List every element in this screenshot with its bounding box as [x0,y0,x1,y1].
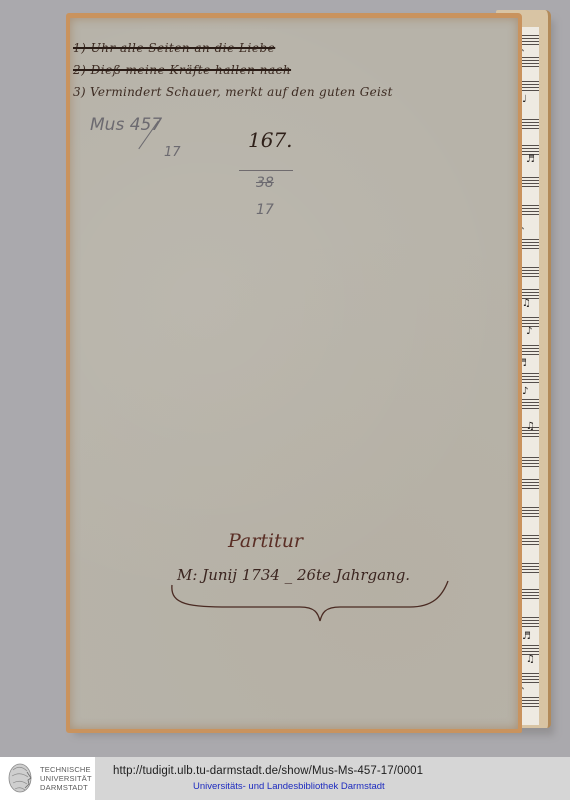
music-note-icon: ♪ [526,327,532,337]
footer-bar: TECHNISCHE UNIVERSITÄT DARMSTADT http://… [0,757,570,800]
catalog-number-struck: 38 [256,175,274,191]
music-note-icon: ♪ [522,387,528,397]
catalog-number: 167. [248,128,293,152]
manuscript-scan: ♪♩♬♪♫♪♬♪♫♩♬♫♪ 1) Uhr alle Seiten an die … [0,0,570,757]
title-line-2: 2) Dieß meine Kräfte hallen nach [73,63,291,77]
music-note-icon: ♩ [522,95,527,105]
permalink-url[interactable]: http://tudigit.ulb.tu-darmstadt.de/show/… [113,765,423,777]
logo-line-2: UNIVERSITÄT [40,774,92,783]
logo-line-1: TECHNISCHE [40,765,92,774]
number-divider [239,170,293,171]
music-note-icon: ♫ [522,299,531,309]
logo-text: TECHNISCHE UNIVERSITÄT DARMSTADT [40,765,92,792]
shelfmark: Mus 457 [90,115,162,135]
athena-head-icon [7,762,33,794]
title-line-3: 3) Vermindert Schauer, merkt auf den gut… [73,85,393,99]
catalog-number-sub: 17 [256,202,274,218]
logo-line-3: DARMSTADT [40,783,92,792]
heading-partitur: Partitur [228,530,303,552]
library-name[interactable]: Universitäts- und Landesbibliothek Darms… [193,781,385,792]
shelfmark-sub: 17 [164,145,181,160]
music-note-icon: ♫ [526,422,535,432]
music-note-icon: ♫ [526,655,535,665]
cover-page: 1) Uhr alle Seiten an die Liebe 2) Dieß … [66,13,522,733]
music-note-icon: ♬ [522,632,531,642]
flourish-brace [170,575,450,625]
music-note-icon: ♬ [526,155,535,165]
title-line-1: 1) Uhr alle Seiten an die Liebe [73,41,275,55]
tu-darmstadt-logo[interactable]: TECHNISCHE UNIVERSITÄT DARMSTADT [0,757,95,800]
